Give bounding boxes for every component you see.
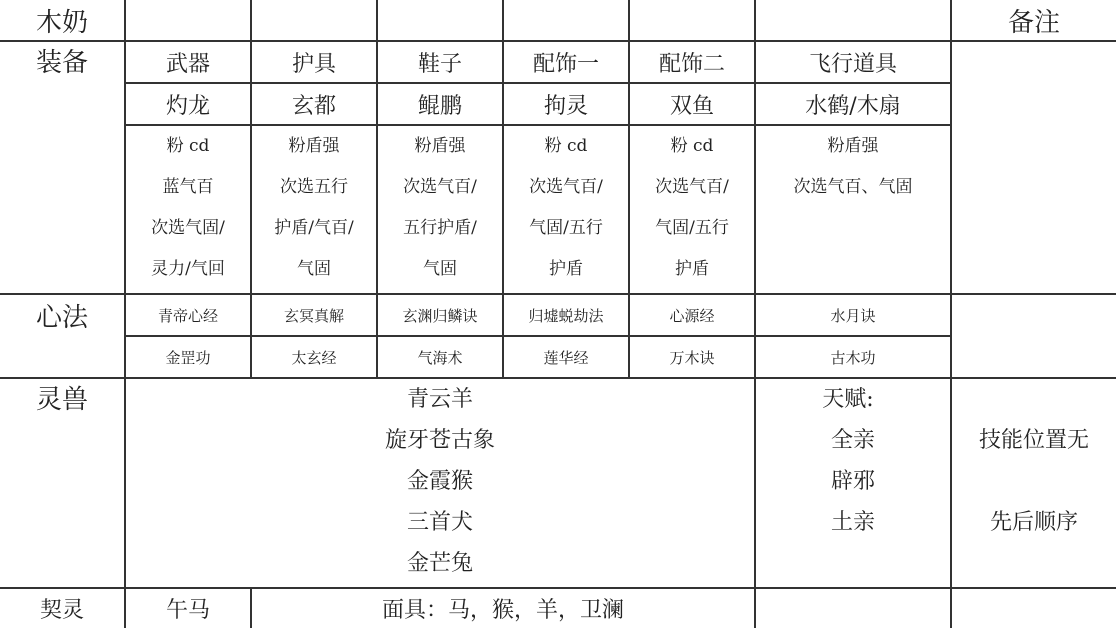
remark-label: 备注 bbox=[1008, 2, 1060, 39]
talent-item: 辟邪 bbox=[831, 461, 875, 502]
equipment-label: 装备 bbox=[0, 42, 124, 82]
mental-2-3: 气海术 bbox=[378, 337, 502, 377]
item-armor: 玄都 bbox=[252, 84, 376, 124]
contract-value: 午马 bbox=[126, 589, 250, 628]
item-flying-tool: 水鹤/木扇 bbox=[756, 84, 950, 124]
pets-remark: 技能位置无 先后顺序 bbox=[952, 379, 1116, 587]
mental-1-3: 玄渊归鳞诀 bbox=[378, 295, 502, 335]
slot-flying-tool: 飞行道具 bbox=[756, 42, 950, 82]
slot-armor: 护具 bbox=[252, 42, 376, 82]
mental-2-5: 万木诀 bbox=[630, 337, 754, 377]
pet-item: 旋牙苍古象 bbox=[385, 420, 495, 461]
talent-label: 天赋: bbox=[822, 379, 873, 420]
item-accessory-2: 双鱼 bbox=[630, 84, 754, 124]
talent-item: 土亲 bbox=[831, 502, 875, 543]
mental-2-2: 太玄经 bbox=[252, 337, 376, 377]
talent-item: 全亲 bbox=[831, 420, 875, 461]
item-accessory-1: 拘灵 bbox=[504, 84, 628, 124]
attr-accessory-1: 粉 cd 次选气百/ 气固/五行 护盾 bbox=[504, 126, 628, 293]
table-title: 木奶 bbox=[0, 0, 124, 40]
title-text: 木奶 bbox=[36, 2, 88, 39]
mental-2-6: 古木功 bbox=[756, 337, 950, 377]
pet-talents: 天赋: 全亲 辟邪 土亲 bbox=[756, 379, 950, 587]
attr-shoes: 粉盾强 次选气百/ 五行护盾/ 气固 bbox=[378, 126, 502, 293]
mental-1-6: 水月诀 bbox=[756, 295, 950, 335]
item-shoes: 鲲鹏 bbox=[378, 84, 502, 124]
pet-item: 金霞猴 bbox=[407, 461, 473, 502]
pets-label: 灵兽 bbox=[0, 379, 124, 419]
pet-item: 金芒兔 bbox=[407, 543, 473, 584]
item-weapon: 灼龙 bbox=[126, 84, 250, 124]
mental-label: 心法 bbox=[0, 295, 124, 335]
mental-1-4: 归墟蜕劫法 bbox=[504, 295, 628, 335]
pets-list: 青云羊 旋牙苍古象 金霞猴 三首犬 金芒兔 bbox=[126, 379, 754, 587]
attr-accessory-2: 粉 cd 次选气百/ 气固/五行 护盾 bbox=[630, 126, 754, 293]
attr-flying-tool: 粉盾强 次选气百、气固 bbox=[756, 126, 950, 293]
mental-2-4: 莲华经 bbox=[504, 337, 628, 377]
pet-item: 青云羊 bbox=[407, 379, 473, 420]
contract-masks: 面具：马，猴，羊，卫澜 bbox=[252, 589, 754, 628]
slot-accessory-2: 配饰二 bbox=[630, 42, 754, 82]
attr-weapon: 粉 cd 蓝气百 次选气固/ 灵力/气回 bbox=[126, 126, 250, 293]
attr-armor: 粉盾强 次选五行 护盾/气百/ 气固 bbox=[252, 126, 376, 293]
mental-2-1: 金罡功 bbox=[126, 337, 250, 377]
pet-item: 三首犬 bbox=[407, 502, 473, 543]
build-table: 木奶 备注 装备 武器 护具 鞋子 配饰一 配饰二 飞行道具 灼龙 玄都 鲲鹏 … bbox=[0, 0, 1116, 628]
remark-header: 备注 bbox=[952, 0, 1116, 40]
slot-accessory-1: 配饰一 bbox=[504, 42, 628, 82]
contract-label: 契灵 bbox=[0, 589, 124, 628]
mental-1-2: 玄冥真解 bbox=[252, 295, 376, 335]
mental-1-1: 青帝心经 bbox=[126, 295, 250, 335]
slot-weapon: 武器 bbox=[126, 42, 250, 82]
slot-shoes: 鞋子 bbox=[378, 42, 502, 82]
mental-1-5: 心源经 bbox=[630, 295, 754, 335]
